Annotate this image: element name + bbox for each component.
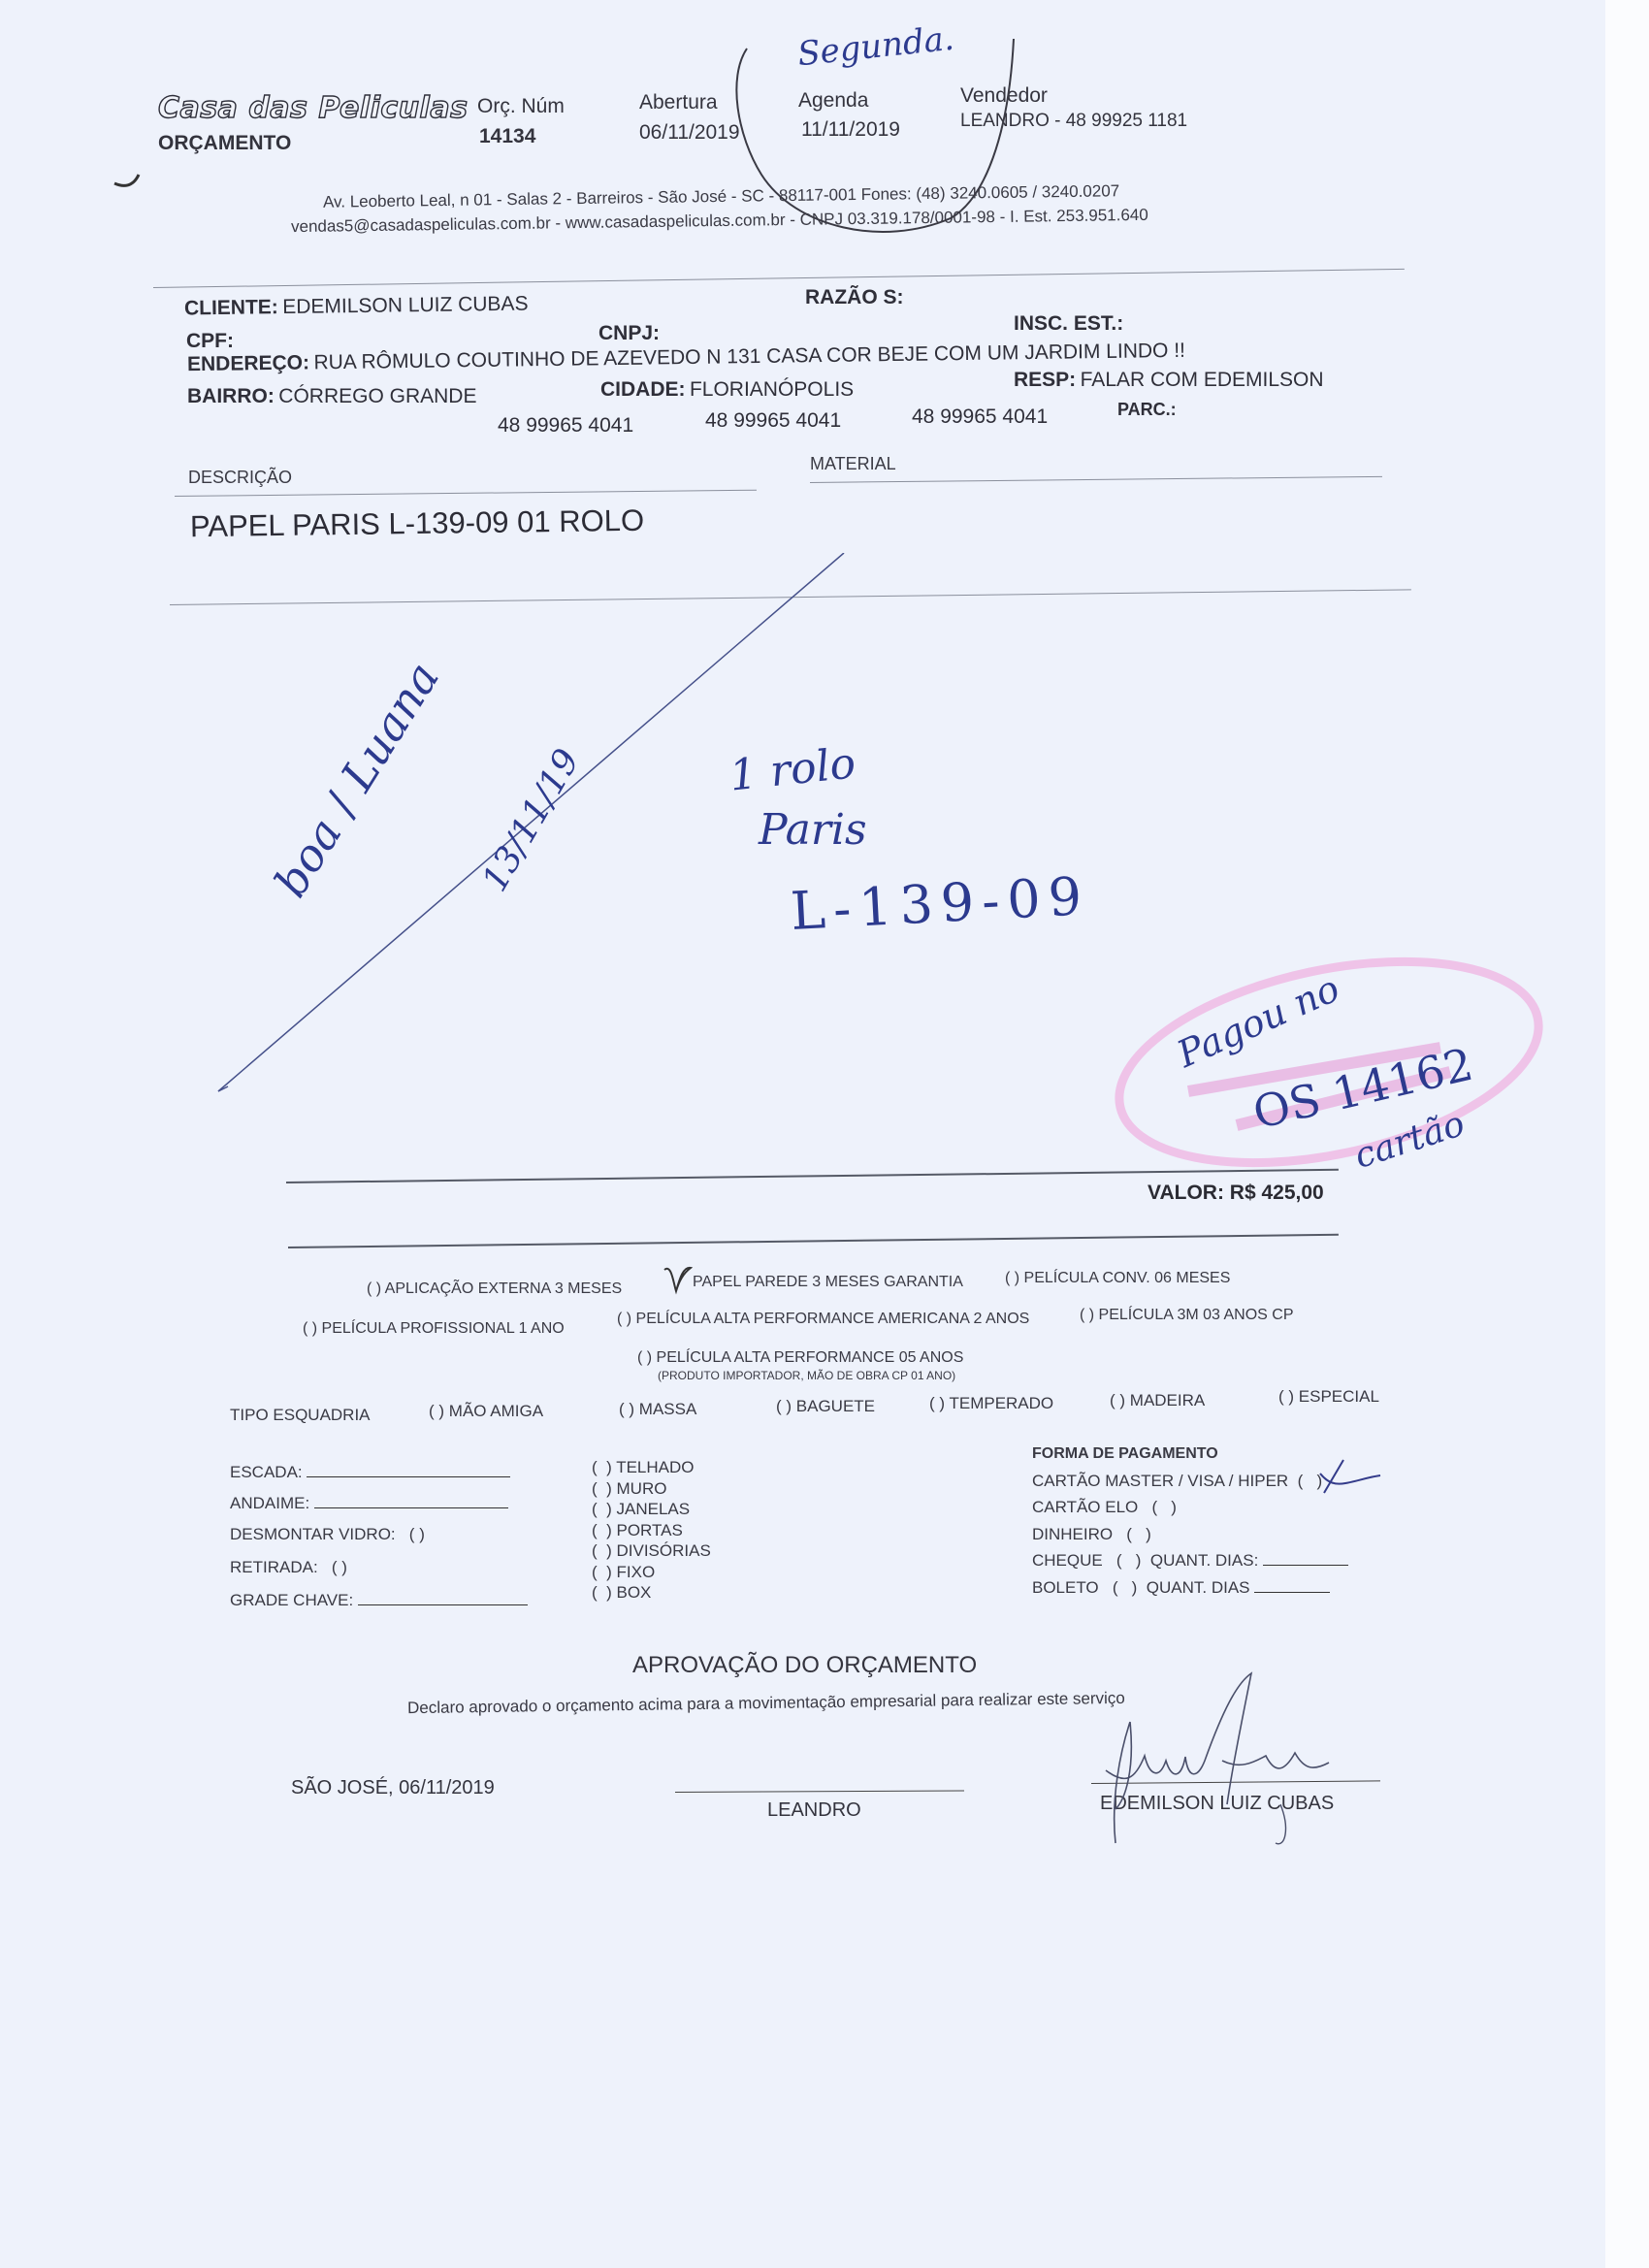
bairro-value: CÓRREGO GRANDE: [278, 385, 476, 407]
resp-value: FALAR COM EDEMILSON: [1081, 369, 1324, 391]
payment-cheque[interactable]: CHEQUE ( ) QUANT. DIAS:: [1032, 1547, 1348, 1574]
grade-chave-input[interactable]: [358, 1604, 528, 1605]
valor-bottom-rule: [288, 1234, 1339, 1248]
insc-est-label: INSC. EST.:: [1014, 312, 1123, 336]
brand-logo: Casa das Peliculas: [158, 91, 468, 125]
client-signature-scribble: [1077, 1664, 1387, 1858]
cliente-value: EDEMILSON LUIZ CUBAS: [282, 293, 529, 319]
valor-value: R$ 425,00: [1230, 1182, 1324, 1204]
warranty-option-americana[interactable]: ( ) PELÍCULA ALTA PERFORMANCE AMERICANA …: [617, 1311, 1029, 1328]
approval-place-date: SÃO JOSÉ, 06/11/2019: [291, 1777, 495, 1799]
cidade-row: CIDADE: FLORIANÓPOLIS: [600, 378, 854, 402]
warranty-option-note: (PRODUTO IMPORTADOR, MÃO DE OBRA CP 01 A…: [658, 1369, 955, 1382]
esquadria-mao-amiga[interactable]: ( ) MÃO AMIGA: [429, 1402, 543, 1421]
payment-dinheiro[interactable]: DINHEIRO ( ): [1032, 1521, 1348, 1548]
payment-title: FORMA DE PAGAMENTO: [1032, 1441, 1348, 1468]
location-fixo[interactable]: ( ) FIXO: [592, 1562, 711, 1583]
cpf-label: CPF:: [186, 330, 234, 353]
material-label: MATERIAL: [810, 454, 896, 474]
approval-title: APROVAÇÃO DO ORÇAMENTO: [632, 1652, 977, 1679]
warranty-option-alta-performance[interactable]: ( ) PELÍCULA ALTA PERFORMANCE 05 ANOS: [637, 1349, 963, 1367]
esquadria-especial[interactable]: ( ) ESPECIAL: [1278, 1387, 1379, 1407]
cliente-label: CLIENTE:: [184, 296, 278, 319]
endereco-label: ENDEREÇO:: [187, 351, 309, 375]
phone-1: 48 99965 4041: [498, 414, 633, 437]
desmontar-vidro-field[interactable]: DESMONTAR VIDRO: ( ): [230, 1525, 425, 1544]
seller-name: LEANDRO: [767, 1799, 861, 1822]
bairro-label: BAIRRO:: [187, 385, 275, 407]
valor-row: VALOR: R$ 425,00: [1148, 1182, 1324, 1205]
phone-3: 48 99965 4041: [912, 405, 1048, 429]
abertura-label: Abertura: [639, 91, 718, 114]
location-divisorias[interactable]: ( ) DIVISÓRIAS: [592, 1540, 711, 1562]
seller-signature-line: [675, 1790, 964, 1793]
payment-cartao-master[interactable]: CARTÃO MASTER / VISA / HIPER ( ): [1032, 1468, 1348, 1495]
cnpj-label: CNPJ:: [598, 322, 660, 345]
warranty-option-papel-parede[interactable]: PAPEL PAREDE 3 MESES GARANTIA: [667, 1274, 963, 1291]
payment-check-x-icon: [1316, 1458, 1384, 1497]
cidade-value: FLORIANÓPOLIS: [690, 378, 854, 401]
warranty-option-profissional[interactable]: ( ) PELÍCULA PROFISSIONAL 1 ANO: [303, 1320, 565, 1338]
boleto-dias-input[interactable]: [1254, 1592, 1330, 1593]
approval-text: Declaro aprovado o orçamento acima para …: [407, 1689, 1125, 1718]
escada-field[interactable]: ESCADA:: [230, 1463, 510, 1482]
cliente-row: CLIENTE: EDEMILSON LUIZ CUBAS: [184, 293, 529, 321]
phone-2: 48 99965 4041: [705, 409, 841, 433]
resp-row: RESP: FALAR COM EDEMILSON: [1014, 369, 1324, 392]
retirada-field[interactable]: RETIRADA: ( ): [230, 1558, 347, 1577]
checkmark-icon: [662, 1262, 695, 1295]
material-underline: [810, 476, 1382, 483]
location-muro[interactable]: ( ) MURO: [592, 1478, 711, 1500]
esquadria-baguete[interactable]: ( ) BAGUETE: [776, 1397, 875, 1416]
andaime-input[interactable]: [314, 1507, 508, 1508]
handwritten-note-product: Paris: [759, 805, 867, 855]
location-telhado[interactable]: ( ) TELHADO: [592, 1457, 711, 1478]
warranty-option-conv[interactable]: ( ) PELÍCULA CONV. 06 MESES: [1005, 1270, 1230, 1287]
location-box[interactable]: ( ) BOX: [592, 1582, 711, 1604]
esquadria-massa[interactable]: ( ) MASSA: [619, 1400, 696, 1419]
location-portas[interactable]: ( ) PORTAS: [592, 1520, 711, 1541]
payment-section: FORMA DE PAGAMENTO CARTÃO MASTER / VISA …: [1032, 1441, 1348, 1601]
doc-type: ORÇAMENTO: [158, 132, 291, 155]
scan-edge: [1605, 0, 1649, 2268]
orc-num-label: Orç. Núm: [477, 95, 565, 118]
esquadria-label: TIPO ESQUADRIA: [230, 1406, 371, 1425]
header-divider: [153, 269, 1405, 288]
razao-label: RAZÃO S:: [805, 286, 904, 309]
descricao-label: DESCRIÇÃO: [188, 468, 292, 488]
resp-label: RESP:: [1014, 369, 1076, 391]
warranty-option-aplicacao[interactable]: ( ) APLICAÇÃO EXTERNA 3 MESES: [367, 1280, 622, 1298]
esquadria-madeira[interactable]: ( ) MADEIRA: [1110, 1391, 1205, 1410]
bairro-row: BAIRRO: CÓRREGO GRANDE: [187, 385, 476, 408]
orc-num-value: 14134: [479, 125, 535, 148]
scan-mark: [112, 170, 150, 194]
payment-boleto[interactable]: BOLETO ( ) QUANT. DIAS: [1032, 1574, 1348, 1602]
payment-cartao-elo[interactable]: CARTÃO ELO ( ): [1032, 1494, 1348, 1521]
esquadria-temperado[interactable]: ( ) TEMPERADO: [929, 1394, 1053, 1413]
parc-label: PARC.:: [1117, 400, 1177, 420]
warranty-option-3m[interactable]: ( ) PELÍCULA 3M 03 ANOS CP: [1080, 1307, 1294, 1324]
andaime-field[interactable]: ANDAIME:: [230, 1494, 508, 1513]
cidade-label: CIDADE:: [600, 378, 686, 401]
descricao-value: PAPEL PARIS L-139-09 01 ROLO: [190, 503, 645, 545]
grade-chave-field[interactable]: GRADE CHAVE:: [230, 1591, 528, 1610]
escada-input[interactable]: [307, 1476, 510, 1477]
valor-label: VALOR:: [1148, 1182, 1224, 1204]
location-list: ( ) TELHADO ( ) MURO ( ) JANELAS ( ) POR…: [592, 1457, 711, 1604]
descricao-underline: [175, 490, 757, 497]
cheque-dias-input[interactable]: [1263, 1565, 1348, 1566]
location-janelas[interactable]: ( ) JANELAS: [592, 1499, 711, 1520]
